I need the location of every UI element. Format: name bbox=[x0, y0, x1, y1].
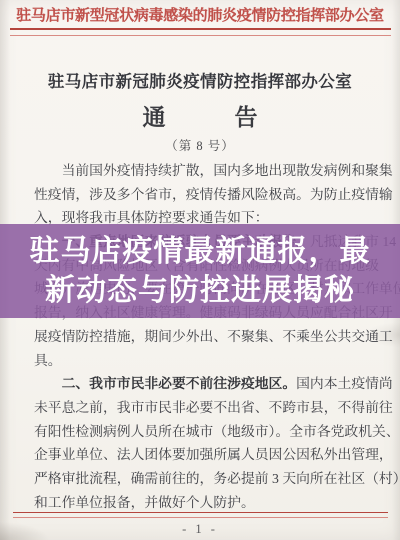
notice-title: 通 告 bbox=[0, 99, 400, 132]
document-text-line: 有阳性检测病例人员所在城市（地级市）。全市各党政机关、 bbox=[34, 420, 374, 444]
document-text-line: 当前国外疫情持续扩散，国内多地出现散发病例和聚集 bbox=[34, 159, 374, 183]
headline-line-1: 驻马店疫情最新通报，最 bbox=[30, 233, 371, 271]
document-text-line: 严格审批流程，确需前往的，务必提前 3 天向所在社区（村） bbox=[34, 467, 374, 491]
document-office-title: 驻马店市新冠肺炎疫情防控指挥部办公室 bbox=[0, 68, 400, 92]
headline-overlay-band: 驻马店疫情最新通报，最 新动态与防控进展揭秘 bbox=[0, 224, 400, 318]
document-text-line: 和工作单位报备，并做好个人防护。 bbox=[34, 491, 374, 515]
document-text-line: 二、我市市民非必要不前往涉疫地区。国内本土疫情尚 bbox=[34, 372, 374, 396]
document-text-line: 企事业单位、法人团体要加强所属人员因公因私外出管理， bbox=[34, 443, 374, 467]
document-text-line: 展疫情防控措施，期间少外出、不聚集、不乘坐公共交通工 bbox=[34, 325, 374, 349]
notice-number: （第 8 号） bbox=[0, 136, 400, 154]
document-text-line: 未平息之前，我市市民非必要不出省、不跨市县，不得前往 bbox=[34, 396, 374, 420]
page-number: - 1 - bbox=[0, 522, 400, 537]
red-header-org-line: 驻马店市新型冠状病毒感染的肺炎疫情防控指挥部办公室 bbox=[0, 4, 400, 25]
document-text-line: 具。 bbox=[34, 349, 374, 373]
headline-line-2: 新动态与防控进展揭秘 bbox=[45, 272, 355, 310]
section-heading-bold: 二、我市市民非必要不前往涉疫地区。 bbox=[62, 376, 297, 391]
document-body: 当前国外疫情持续扩散，国内多地出现散发病例和聚集性疫情，涉及多个省市，疫情传播风… bbox=[34, 159, 374, 514]
red-double-rule-top bbox=[10, 28, 391, 36]
document-text-line: 性疫情，涉及多个省市，疫情传播风险极高。为防止疫情输 bbox=[34, 183, 374, 207]
document-photo: 驻马店市新型冠状病毒感染的肺炎疫情防控指挥部办公室 驻马店市新冠肺炎疫情防控指挥… bbox=[0, 0, 400, 540]
